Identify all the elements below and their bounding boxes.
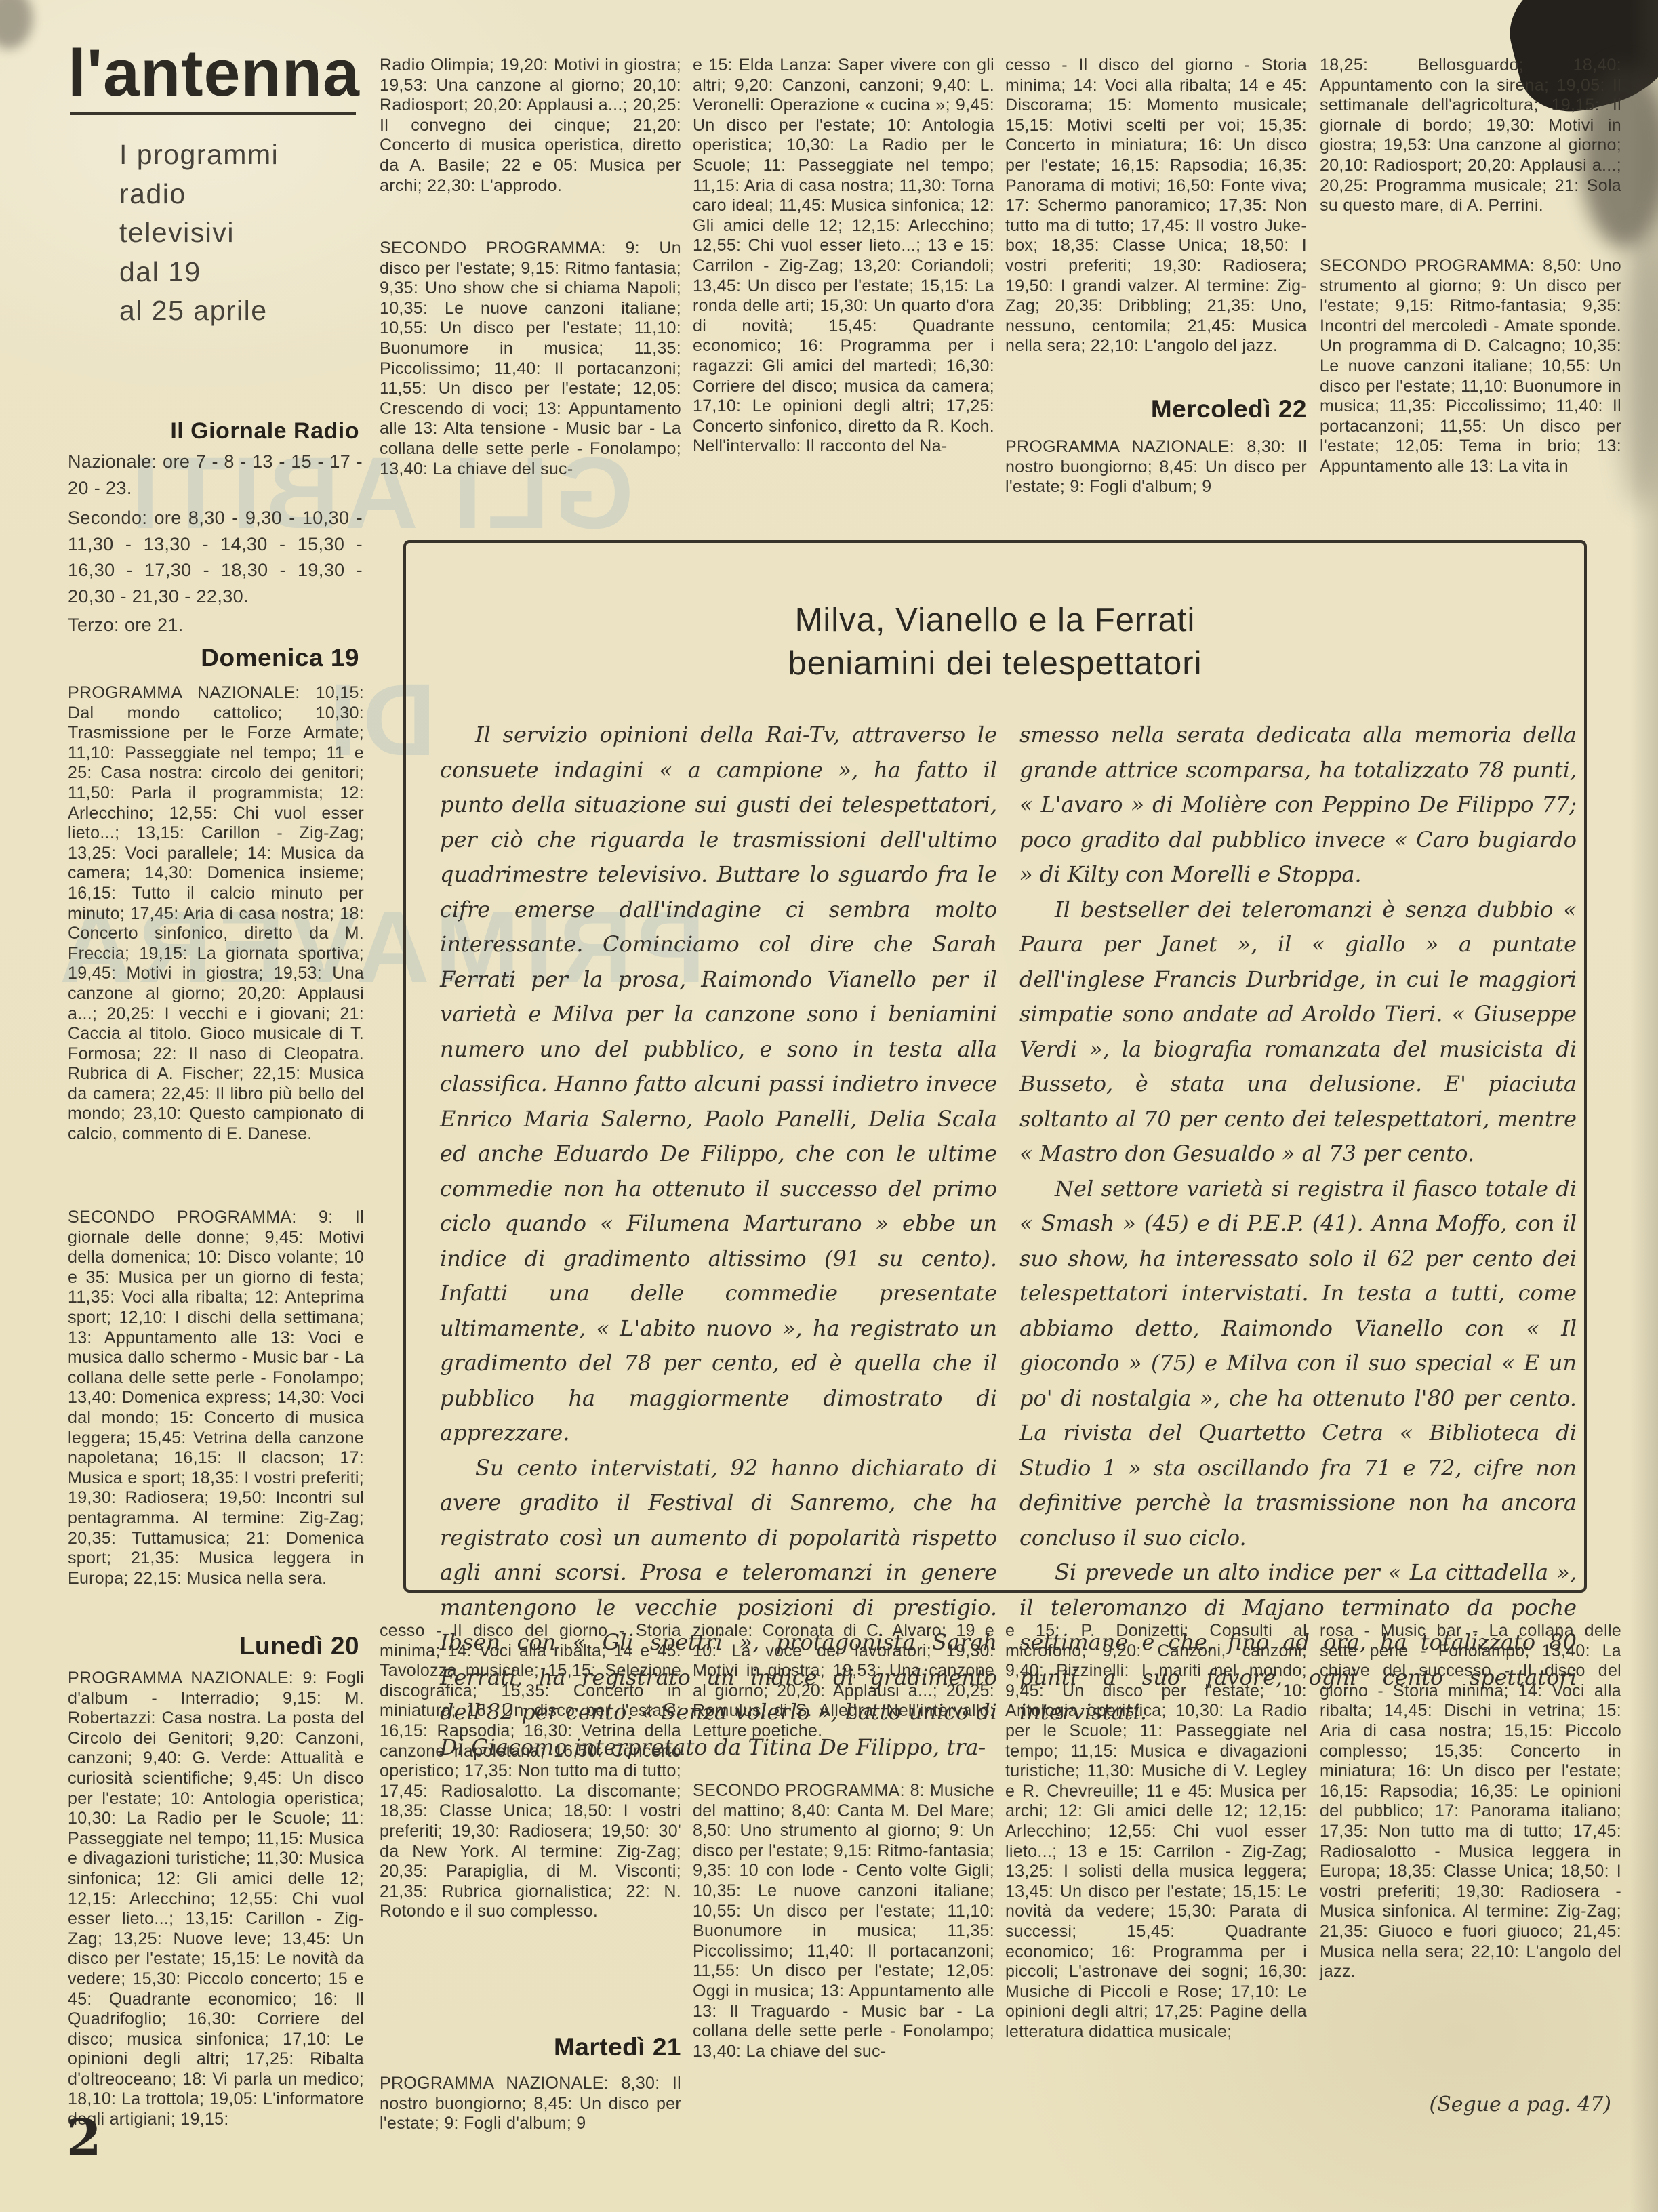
domenica-programma-nazionale: PROGRAMMA NAZIONALE: 10,15: Dal mondo ca… — [68, 683, 364, 1145]
martedi-programma-nazionale: PROGRAMMA NAZIONALE: 8,30: Il nostro buo… — [380, 2074, 681, 2134]
day-heading-domenica: Domenica 19 — [64, 644, 359, 672]
bottom-col4-continuation: e 15: P. Donizetti: Consulti al microfon… — [1005, 1621, 1307, 2042]
article-paragraph: Nel settore varietà si registra il fiasc… — [1019, 1172, 1577, 1556]
giornale-radio-terzo: Terzo: ore 21. — [68, 612, 363, 638]
top-col2-secondo-programma: SECONDO PROGRAMMA: 9: Un disco per l'est… — [380, 239, 681, 479]
article-paragraph: Il bestseller dei teleromanzi è senza du… — [1019, 893, 1577, 1172]
page-number: 2 — [66, 2109, 102, 2167]
article-paragraph: Il servizio opinioni della Rai-Tv, attra… — [440, 718, 997, 1451]
giornale-radio-heading: Il Giornale Radio — [64, 418, 359, 445]
ink-streak-right-edge — [1617, 224, 1658, 508]
day-heading-martedi: Martedì 21 — [380, 2033, 681, 2062]
subtitle-line: dal 19 — [119, 253, 363, 292]
ink-smudge-top-left — [0, 0, 33, 49]
subtitle-line: I programmi — [119, 136, 363, 175]
top-col2-continuation: Radio Olimpia; 19,20: Motivi in giostra;… — [380, 56, 681, 196]
masthead-subtitle: I programmi radio televisivi dal 19 al 2… — [119, 136, 363, 331]
article-title-line2: beniamini dei telespettatori — [406, 642, 1584, 685]
top-col3-continuation: e 15: Elda Lanza: Saper vivere con gli a… — [693, 56, 994, 457]
article-box: Milva, Vianello e la Ferrati beniamini d… — [403, 540, 1587, 1593]
article-title: Milva, Vianello e la Ferrati beniamini d… — [406, 598, 1584, 685]
day-heading-mercoledi: Mercoledì 22 — [1005, 395, 1307, 424]
article-title-line1: Milva, Vianello e la Ferrati — [406, 598, 1584, 642]
domenica-secondo-programma: SECONDO PROGRAMMA: 9: Il giornale delle … — [68, 1208, 364, 1589]
article-column-left: Il servizio opinioni della Rai-Tv, attra… — [440, 718, 997, 1765]
mercoledi-programma-nazionale: PROGRAMMA NAZIONALE: 8,30: Il nostro buo… — [1005, 437, 1307, 497]
article-column-right: smesso nella serata dedicata alla memori… — [1019, 718, 1577, 1730]
bottom-col3-continuation: zionale: Coronata di C. Alvaro; 19 e 10:… — [693, 1621, 994, 1742]
subtitle-line: televisivi — [119, 213, 363, 253]
subtitle-line: radio — [119, 175, 363, 214]
magazine-page: GLI ABITI DI PRIMAVERA l'antenna I progr… — [0, 0, 1658, 2212]
article-paragraph: smesso nella serata dedicata alla memori… — [1019, 718, 1577, 893]
bottom-col3-secondo-programma: SECONDO PROGRAMMA: 8: Musiche del mattin… — [693, 1781, 994, 2062]
subtitle-line: al 25 aprile — [119, 291, 363, 331]
bottom-col5-continuation: rosa - Music bar - La collana delle sett… — [1320, 1621, 1621, 1982]
top-col5-continuation: 18,25: Bellosguardo; 18,40: Appuntamento… — [1320, 56, 1621, 216]
top-col5-secondo-programma: SECONDO PROGRAMMA: 8,50: Uno strumento a… — [1320, 256, 1621, 477]
day-heading-lunedi: Lunedì 20 — [64, 1632, 359, 1660]
masthead-title: l'antenna — [68, 35, 366, 111]
giornale-radio-secondo: Secondo: ore 8,30 - 9,30 - 10,30 - 11,30… — [68, 505, 363, 609]
lunedi-programma-nazionale: PROGRAMMA NAZIONALE: 9: Fogli d'album - … — [68, 1668, 364, 2130]
continued-on-page-note: (Segue a pag. 47) — [1320, 2093, 1611, 2116]
masthead-rule — [70, 112, 356, 115]
bottom-col2-continuation: cesso - Il disco del giorno - Storia min… — [380, 1621, 681, 1922]
top-col4-continuation: cesso - Il disco del giorno - Storia min… — [1005, 56, 1307, 356]
giornale-radio-nazionale: Nazionale: ore 7 - 8 - 13 - 15 - 17 - 20… — [68, 449, 363, 501]
